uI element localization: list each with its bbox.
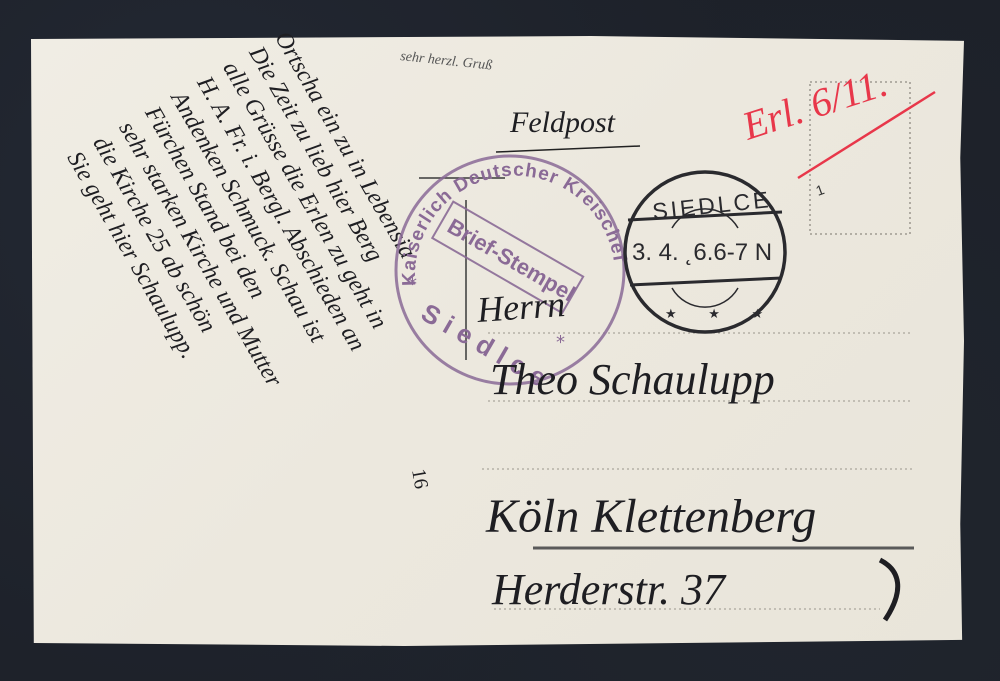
feldpost-underline [496, 146, 640, 152]
stamp-box-label: 1 [814, 181, 827, 199]
postmark-date: 3. 4. ˛6.6-7 N [632, 239, 772, 266]
address-name: Theo Schaulupp [490, 355, 775, 404]
cachet-star-left: * [408, 274, 417, 295]
address-street: Herderstr. 37 [491, 565, 727, 614]
red-annotation-text: Erl. 6/11. [736, 60, 893, 149]
address-salutation: Herrn [475, 284, 567, 330]
postmark-stars: ★ ★ ★ [665, 306, 777, 321]
postmark-town: SIEDLCE [651, 186, 773, 224]
address-flourish [880, 560, 898, 620]
message-date: 16 [407, 467, 432, 491]
message-top-note: sehr herzl. Gruß [400, 49, 493, 74]
red-annotation: Erl. 6/11. [736, 60, 935, 178]
postmark: SIEDLCE 3. 4. ˛6.6-7 N ★ ★ ★ [625, 172, 785, 332]
cachet-star-right: * [556, 332, 565, 353]
feldpost-marking: Feldpost [509, 106, 616, 139]
handwritten-message: Ortscha ein zu in Lebensia Die Zeit zu l… [61, 25, 448, 430]
postcard-artwork: 1 Erl. 6/11. Feldpost Ortscha ein zu in … [0, 0, 1000, 681]
address-city: Köln Klettenberg [485, 490, 816, 543]
